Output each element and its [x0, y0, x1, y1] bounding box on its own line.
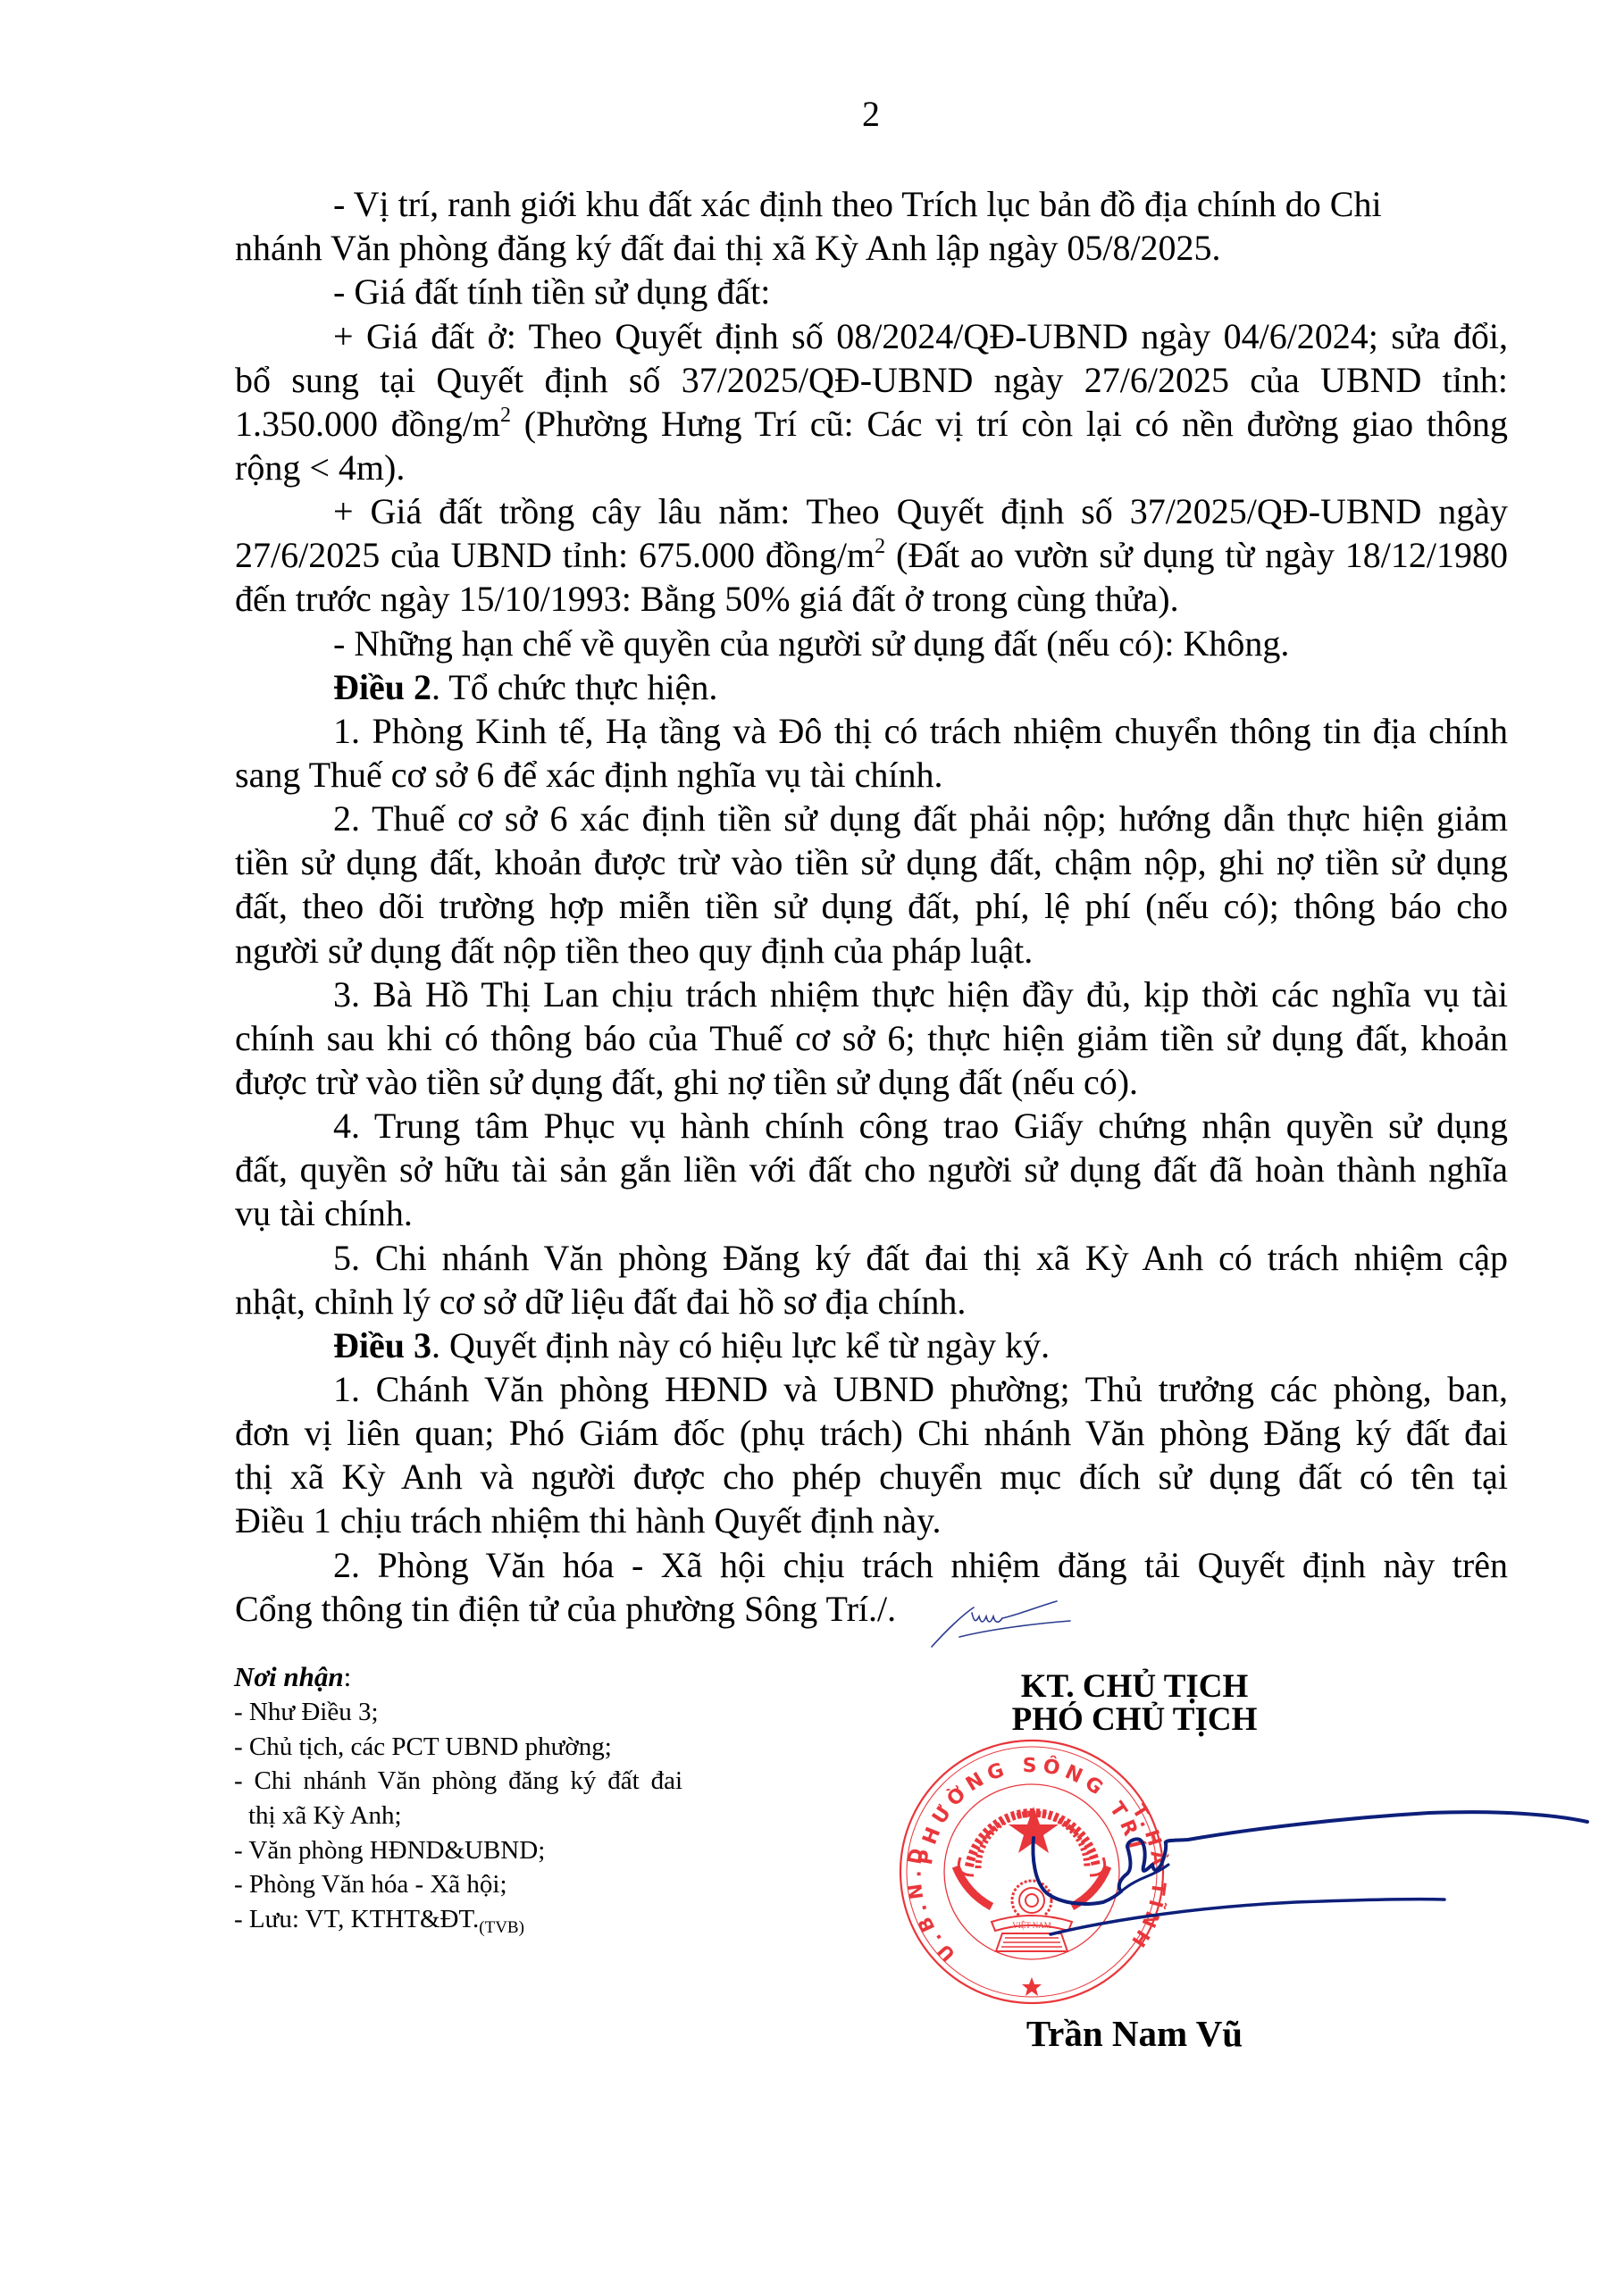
national-emblem-icon [956, 1813, 1108, 1951]
article-2-heading: Điều 2. Tổ chức thực hiện. [333, 665, 1508, 709]
stamp-left-text: U.B.N.D [903, 1841, 959, 1966]
handwritten-signature [1033, 1812, 1587, 1934]
body-line: 2. Thuế cơ sở 6 xác định tiền sử dụng đấ… [333, 797, 1508, 840]
recipient-item: - Chi nhánh Văn phòng đăng ký đất đai [234, 1764, 682, 1798]
body-line: 1. Phòng Kinh tế, Hạ tầng và Đô thị có t… [333, 709, 1508, 753]
body-line: rộng < 4m). [235, 446, 1508, 489]
price-perennial: 27/6/2025 của UBND tỉnh: 675.000 đồng/m [235, 535, 875, 575]
recipients-colon: : [344, 1661, 352, 1692]
body-line: 27/6/2025 của UBND tỉnh: 675.000 đồng/m2… [235, 533, 1508, 577]
body-line: 1. Chánh Văn phòng HĐND và UBND phường; … [333, 1367, 1508, 1411]
body-line: 2. Phòng Văn hóa - Xã hội chịu trách nhi… [333, 1543, 1508, 1587]
body-line: 4. Trung tâm Phục vụ hành chính công tra… [333, 1104, 1508, 1148]
body-line: vụ tài chính. [235, 1191, 1508, 1235]
body-line: sang Thuế cơ sở 6 để xác định nghĩa vụ t… [235, 753, 1508, 797]
body-line: - Những hạn chế về quyền của người sử dụ… [333, 622, 1508, 665]
body-line: 1.350.000 đồng/m2 (Phường Hưng Trí cũ: C… [235, 402, 1508, 446]
body-line: + Giá đất trồng cây lâu năm: Theo Quyết … [333, 489, 1508, 533]
recipient-item: - Lưu: VT, KTHT&ĐT.(TVB) [234, 1902, 524, 1936]
emblem-banner-text: VIỆT NAM [1012, 1921, 1051, 1930]
stamp-right-text: T.HÀ TĨNH [1125, 1800, 1170, 1955]
body-line: thị xã Kỳ Anh và người được cho phép chu… [235, 1455, 1508, 1499]
body-line: 5. Chi nhánh Văn phòng Đăng ký đất đai t… [333, 1236, 1508, 1280]
body-line: Cổng thông tin điện tử của phường Sông T… [235, 1587, 1508, 1631]
stamp-outer-ring [900, 1741, 1163, 2003]
article-title: . Quyết định này có hiệu lực kể từ ngày … [431, 1325, 1050, 1365]
superscript: 2 [875, 535, 885, 558]
stamp-inner-ring [907, 1747, 1157, 1997]
recipient-item: thị xã Kỳ Anh; [248, 1799, 402, 1833]
body-line: - Giá đất tính tiền sử dụng đất: [333, 270, 1508, 313]
article-3-heading: Điều 3. Quyết định này có hiệu lực kể từ… [333, 1323, 1508, 1367]
price-perennial-note: (Đất ao vườn sử dụng từ ngày 18/12/1980 [885, 535, 1508, 575]
body-line: 3. Bà Hồ Thị Lan chịu trách nhiệm thực h… [333, 973, 1508, 1016]
recipient-item: - Chủ tịch, các PCT UBND phường; [234, 1730, 612, 1764]
article-title: . Tổ chức thực hiện. [431, 667, 717, 707]
body-line: + Giá đất ở: Theo Quyết định số 08/2024/… [333, 314, 1508, 358]
body-line: tiền sử dụng đất, khoản được trừ vào tiề… [235, 840, 1508, 884]
signature-title-secondary: PHÓ CHỦ TỊCH [956, 1700, 1313, 1740]
document-page: 2 - Vị trí, ranh giới khu đất xác định t… [0, 0, 1624, 2296]
article-label: Điều 2 [333, 667, 431, 707]
stamp-bottom-star-icon [1022, 1977, 1042, 1996]
body-line: đất, theo dõi trường hợp miễn tiền sử dụ… [235, 884, 1508, 928]
body-line: đất, quyền sở hữu tài sản gắn liền với đ… [235, 1148, 1508, 1191]
body-line: chính sau khi có thông báo của Thuế cơ s… [235, 1016, 1508, 1060]
body-line: - Vị trí, ranh giới khu đất xác định the… [333, 182, 1508, 226]
emblem-star-icon [1009, 1807, 1059, 1853]
article-label: Điều 3 [333, 1325, 431, 1365]
body-line: được trừ vào tiền sử dụng đất, ghi nợ ti… [235, 1060, 1508, 1104]
signer-name: Trần Nam Vũ [956, 2012, 1313, 2055]
superscript: 2 [500, 404, 511, 427]
recipient-item: - Phòng Văn hóa - Xã hội; [234, 1867, 507, 1901]
stamp-center-ring [944, 1784, 1119, 1959]
storage-code: (TVB) [479, 1918, 524, 1937]
price-residential: 1.350.000 đồng/m [235, 404, 500, 444]
price-residential-note: (Phường Hưng Trí cũ: Các vị trí còn lại … [511, 404, 1508, 444]
body-line: bổ sung tại Quyết định số 37/2025/QĐ-UBN… [235, 358, 1508, 402]
stamp-top-text: PHƯỜNG SÔNG TRÍ [915, 1754, 1148, 1866]
recipient-item: - Như Điều 3; [234, 1695, 379, 1729]
body-line: nhánh Văn phòng đăng ký đất đai thị xã K… [235, 226, 1508, 270]
body-line: Điều 1 chịu trách nhiệm thi hành Quyết đ… [235, 1499, 1508, 1542]
recipient-archive: - Lưu: VT, KTHT&ĐT. [234, 1905, 479, 1933]
page-number: 2 [0, 92, 1624, 137]
body-line: đến trước ngày 15/10/1993: Bằng 50% giá … [235, 577, 1508, 621]
recipient-item: - Văn phòng HĐND&UBND; [234, 1833, 545, 1867]
recipients-title: Nơi nhận [234, 1661, 344, 1692]
recipients-heading: Nơi nhận: [234, 1660, 351, 1694]
body-line: nhật, chỉnh lý cơ sở dữ liệu đất đai hồ … [235, 1280, 1508, 1323]
body-line: người sử dụng đất nộp tiền theo quy định… [235, 929, 1508, 973]
official-stamp: PHƯỜNG SÔNG TRÍ U.B.N.D T.HÀ TĨNH [900, 1741, 1171, 2003]
body-line: đơn vị liên quan; Phó Giám đốc (phụ trác… [235, 1411, 1508, 1455]
